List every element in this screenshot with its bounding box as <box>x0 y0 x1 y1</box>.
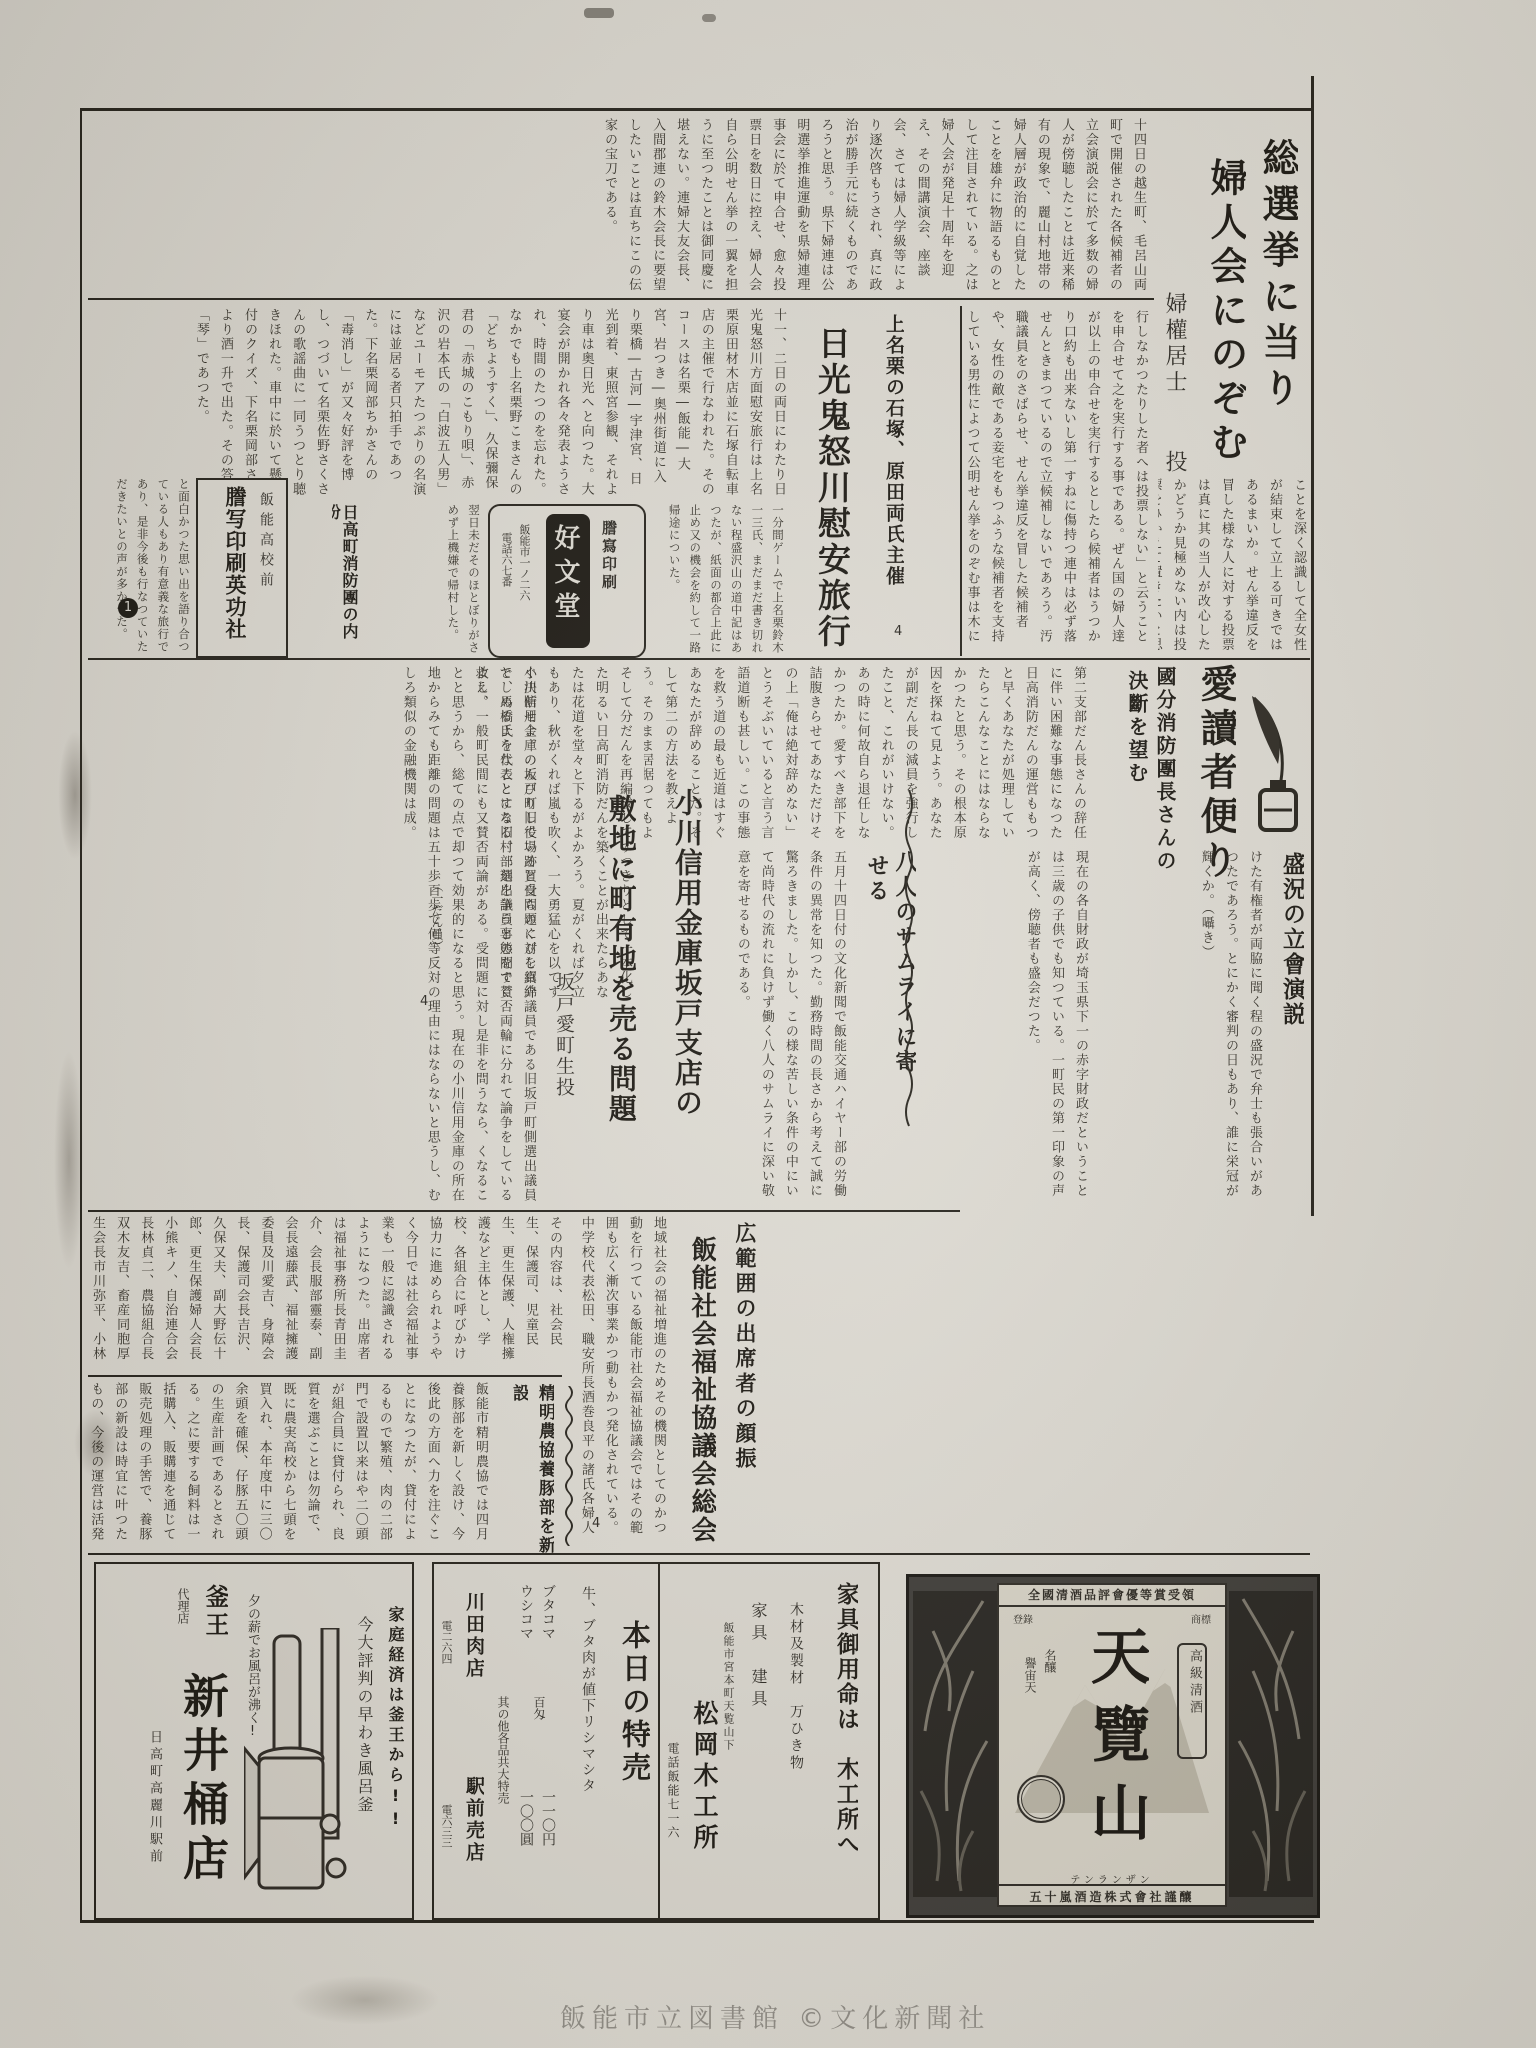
ad-eikosha-name: 謄写印刷英功社 <box>206 486 246 650</box>
pine-branch-icon <box>1229 1591 1313 1901</box>
bath-boiler-icon <box>244 1628 354 1912</box>
nikko-kicker: 上名栗の石塚、原田両氏主催 <box>876 314 904 624</box>
ad-kobundo-name-panel: 好文堂 <box>546 514 590 648</box>
ogawa-headline-1: 小川信用金庫坂戸支店の <box>660 788 702 1126</box>
tenranzan-banner-bottom: 五十嵐酒造株式會社謹釀 <box>997 1884 1227 1905</box>
pig-farm-headline: 精明農協養豚部を新 <box>528 1384 554 1558</box>
ad-arai-dealer: 代理店 <box>174 1588 192 1648</box>
speech-body: けた有権者が両脇に聞く程の盛況で弁士も張合いがあつたであろう。とにかく審判の日も… <box>1096 850 1266 1208</box>
ad-arai-slogan: 家庭経済は釜王から!! <box>380 1606 404 1906</box>
ad-matsuoka-catch: 家具御用命は 木工所へ <box>824 1582 858 1912</box>
ad-kawada-shop: 駅前売店 <box>456 1776 484 1890</box>
ad-kobundo: 謄寫印刷 好文堂 飯能市一ノ二六 電話六七番 <box>488 504 646 658</box>
letter1-body: 第二支部だん長さんの辞任に伴い困難な事態になつた日高消防だんの運営ももつと早くあ… <box>644 666 1090 846</box>
ad-tenranzan: 全國清酒品評會優等賞受領 登錄 商標 天覽山 高級清酒 名釀 譽宙天 テンランザ… <box>906 1574 1320 1918</box>
ad-matsuoka-name: 松岡木工所 <box>684 1700 718 1900</box>
ad-kawada: 本日の特売 牛、ブタ肉が値下リシマシタ ブタコマ ウシコマ 百匁 一一〇円 一〇… <box>432 1562 660 1920</box>
speech-body: 現在の各自財政が埼玉県下一の赤字財政だということは三歳の子供でも知つている。一町… <box>914 850 1092 1208</box>
election-headline-2: 婦人会にのぞむ <box>1194 158 1246 508</box>
note-marker: 1 <box>118 598 138 618</box>
ad-kawada-price: 一〇〇圓 <box>516 1790 536 1880</box>
section-divider <box>88 1210 960 1212</box>
rule-right <box>1311 76 1314 1216</box>
nikko-body: 十一、二日の両日にわたり日光鬼怒川方面慰安旅行は上名栗原田材木店並に石塚自転車店… <box>88 308 790 498</box>
paper-stain <box>584 8 614 18</box>
pig-farm-body: 飯能市精明農協では四月養豚部を新しく設け、今後此の方面へ力を注ぐことになつたが、… <box>88 1382 492 1550</box>
section-divider <box>88 1375 562 1377</box>
ad-matsuoka: 家具御用命は 木工所へ 木材及製材 万ひき物 家具 建具 飯能市宮本町天覧山下 … <box>658 1562 880 1920</box>
tenranzan-label: 全國清酒品評會優等賞受領 登錄 商標 天覽山 高級清酒 名釀 譽宙天 テンランザ… <box>997 1583 1227 1907</box>
section-divider <box>88 298 1154 300</box>
ad-eikosha-location: 飯能高校前 <box>254 492 276 642</box>
column-end-marker: 4 <box>894 624 902 639</box>
letter2-headline-tail: せる <box>856 854 888 924</box>
ad-arai-name: 新井桶店 <box>168 1672 228 1902</box>
ad-kawada-tel: 電六三三 <box>438 1804 454 1878</box>
ad-kawada-title: 本日の特売 <box>610 1620 650 1804</box>
ad-arai-slogan: 今大評判の早わき風呂釜 <box>352 1616 376 1916</box>
tenranzan-trademark: 登錄 <box>1013 1611 1033 1626</box>
ad-kobundo-address: 飯能市一ノ二六 <box>516 524 532 642</box>
rule-top <box>80 108 1314 111</box>
tenranzan-sub: 譽宙天 <box>1021 1657 1039 1723</box>
pine-branch-icon <box>913 1591 997 1901</box>
pig-farm-headline-tail: 設 <box>502 1384 528 1424</box>
election-body: 十四日の越生町、毛呂山両町で開催された各候補者の立会演説会に於て多数の婦人が傍聴… <box>88 118 1150 296</box>
ad-arai-address: 日高町高麗川駅前 <box>144 1730 164 1902</box>
rule-bottom <box>80 1920 1314 1923</box>
tenranzan-sub: 名釀 <box>1041 1649 1059 1697</box>
rule-left <box>80 108 82 1922</box>
tenranzan-seal-icon <box>1017 1775 1065 1823</box>
ad-matsuoka-address: 飯能市宮本町天覧山下 <box>718 1622 736 1872</box>
ad-arai-oke: 家庭経済は釜王から!! 今大評判の早わき風呂釜 夕の薪でお風呂が沸く! 釜王 代… <box>94 1562 414 1920</box>
column-rule <box>960 306 962 656</box>
ad-kawada-unit: 百匁 <box>530 1696 548 1740</box>
ad-eikosha: 飯能高校前 謄写印刷英功社 <box>196 478 288 658</box>
nikko-headline: 日光鬼怒川慰安旅行 <box>804 326 850 662</box>
nikko-body-tail: と面白かつた思い出を語り合つている人もあり有意義な旅行であり、是非今後も行なつて… <box>88 478 194 654</box>
newspaper-page: 総選挙に当り 婦人会にのぞむ 婦權居士 投 十四日の越生町、毛呂山両町で開催され… <box>0 0 1536 2048</box>
nikko-body: 翌日未だそのほとぼりがさめず上機嫌で帰村した。 <box>374 504 484 654</box>
ad-kawada-item: ウシコマ <box>516 1584 536 1668</box>
paper-stain <box>58 730 92 860</box>
ad-kawada-shop: 川田肉店 <box>456 1592 484 1706</box>
wavy-rule <box>904 790 914 1134</box>
welfare-body: 地域社会の福祉増進のためその機関としてのかつ動を行つている飯能市社会福祉協議会で… <box>572 1216 670 1548</box>
welfare-kicker: 広範囲の出席者の顔振 <box>726 1222 756 1502</box>
paper-stain <box>702 14 716 22</box>
paper-stain <box>290 1975 440 2025</box>
ad-kawada-price: 一一〇円 <box>538 1790 558 1880</box>
ogawa-byline: 坂戸愛町生投 <box>550 972 578 1122</box>
election-body: 行しなかつたりした者へは投票しない」と云うことを申合せて之を実行する事である。ぜ… <box>966 310 1152 654</box>
ad-kawada-note: 其の他各品共大特売 <box>494 1696 512 1896</box>
election-body: ことを深く認識して全女性が結束して立上る可きではあるまいか。せん挙違反を冒した様… <box>1158 478 1310 654</box>
wavy-rule <box>564 1386 574 1550</box>
ad-matsuoka-tel: 電話飯能七一六 <box>664 1742 682 1902</box>
ogawa-headline-2: 敷地に町有地を売る問題 <box>594 794 636 1134</box>
ink-bottle-quill-icon <box>1244 694 1308 840</box>
section-divider <box>88 658 1310 660</box>
ad-arai-brand: 釜王 <box>196 1584 228 1654</box>
ad-kobundo-name: 好文堂 <box>554 524 584 640</box>
ad-kobundo-tel: 電話六七番 <box>498 532 514 642</box>
ad-matsuoka-line: 木材及製材 万ひき物 <box>784 1602 806 1902</box>
tenranzan-name: 天覽山 <box>1079 1625 1149 1881</box>
ad-kawada-item: ブタコマ <box>538 1584 558 1668</box>
welfare-body: その内容は、社会民生、保護司、児童民生、更生保護、人権擁護など主体とし、学校、各… <box>88 1216 566 1368</box>
column-end-marker: 4 <box>592 1516 600 1531</box>
tenranzan-trademark: 商標 <box>1191 1611 1211 1626</box>
ad-kawada-sub: 牛、ブタ肉が値下リシマシタ <box>576 1586 598 1846</box>
election-headline-1: 総選挙に当り <box>1246 138 1298 468</box>
welfare-headline: 飯能社会福祉協議会総会 <box>678 1236 716 1588</box>
tenranzan-banner-top: 全國清酒品評會優等賞受領 <box>997 1586 1227 1607</box>
speech-headline: 盛況の立會演説 <box>1270 852 1304 1052</box>
ad-kobundo-label: 謄寫印刷 <box>596 520 620 642</box>
ad-matsuoka-line: 家具 建具 <box>746 1602 770 1862</box>
ad-kawada-tel: 電二六四 <box>438 1620 454 1694</box>
ogawa-body: 小川信用金庫の坂戸町旧役場跡買受問題に対し紹介議員である旧坂戸町側選出議員と、馬… <box>88 666 540 1206</box>
hidaka-fire-headline: 日高町消防團の内紛 <box>332 504 358 656</box>
nikko-body: 一分間ゲームで上名栗鈴木一三氏、まだまだ書き切れない程盛沢山の道中記はあつたが、… <box>652 504 788 654</box>
tenranzan-grade: 高級清酒 <box>1177 1643 1207 1759</box>
letter1-headline: 決斷を望む <box>1120 670 1148 840</box>
library-footer: 飯能市立図書館 ©文化新聞社 <box>560 1998 980 2035</box>
